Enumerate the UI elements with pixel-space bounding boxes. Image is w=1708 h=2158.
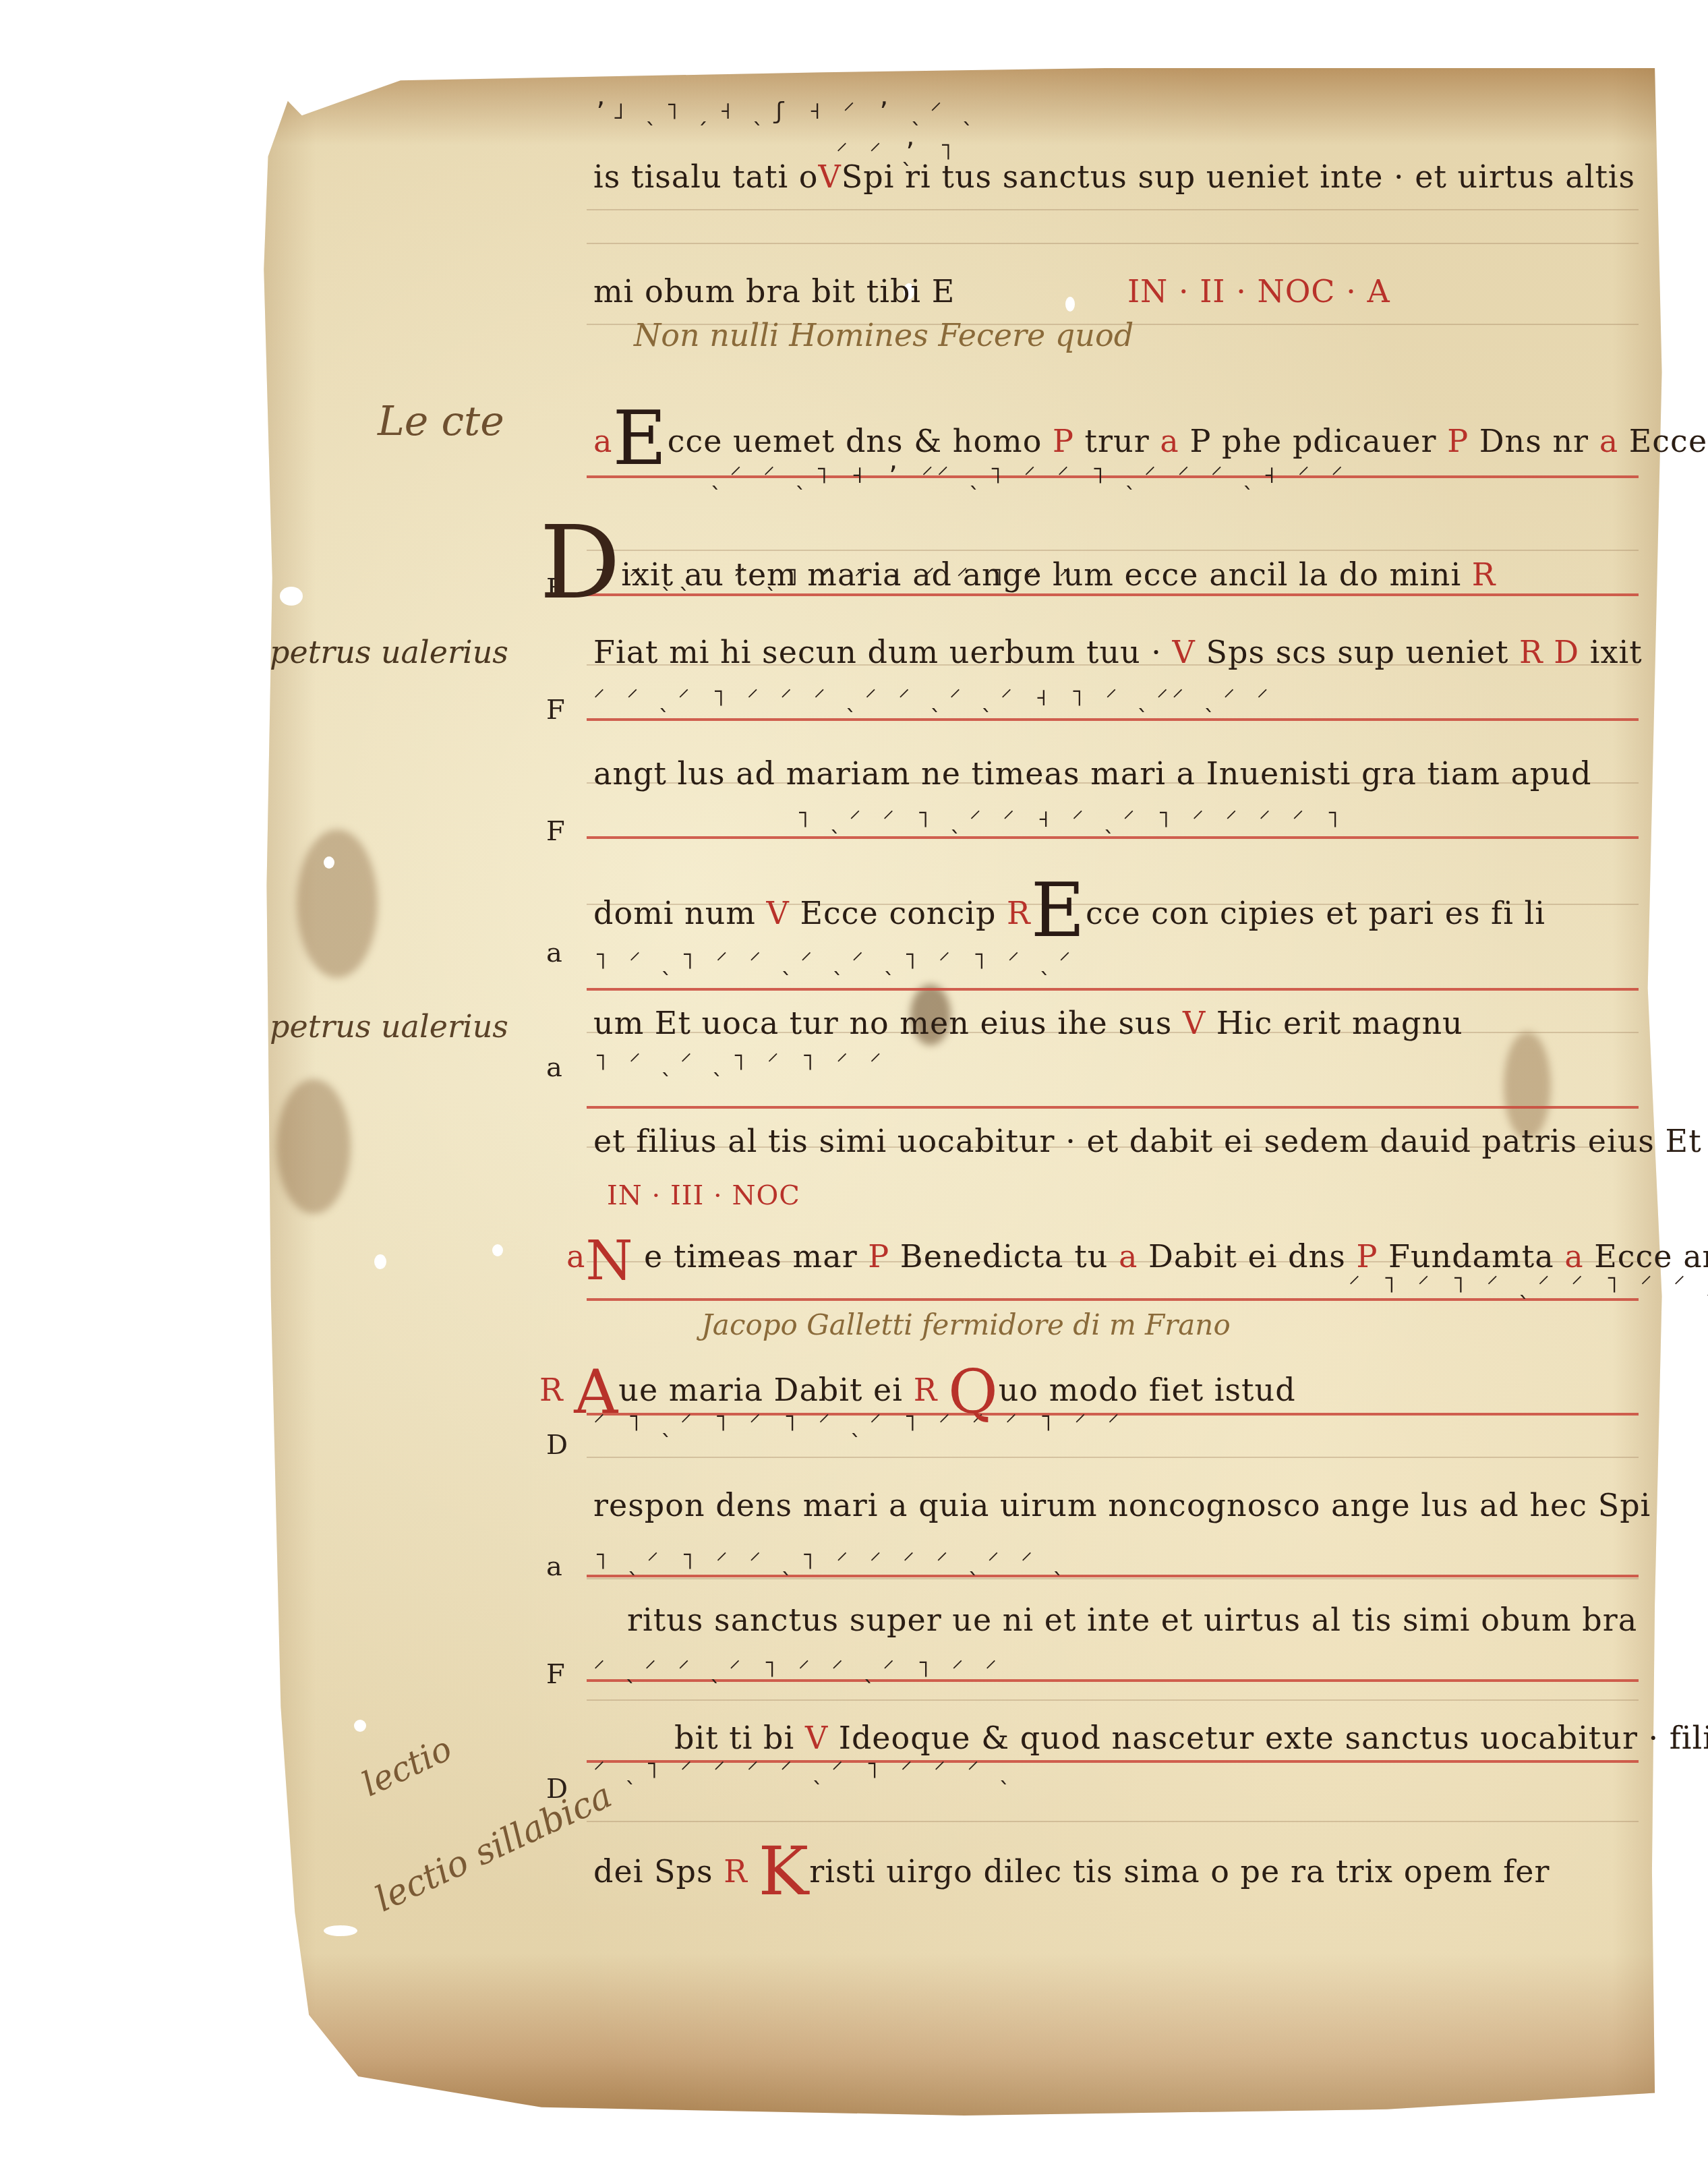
red-staff-line xyxy=(587,1106,1639,1109)
a-clef-letter: a xyxy=(546,1052,562,1083)
later-hand-name-annotation: Jacopo Galletti fermidore di m Frano xyxy=(701,1308,1231,1341)
d-clef-letter: D xyxy=(546,1430,568,1461)
chant-text-line-8: domi num V Ecce concip REcce con cipies … xyxy=(593,873,1545,947)
ruled-line xyxy=(587,1821,1639,1822)
a-clef-letter: a xyxy=(546,937,562,968)
f-clef: F xyxy=(546,816,565,847)
chant-text-line-12: aN e timeas mar P Benedicta tu a Dabit e… xyxy=(566,1234,1708,1288)
worm-hole xyxy=(280,587,303,606)
chant-text-line-15: respon dens mari a quia uirum noncognosc… xyxy=(593,1487,1651,1523)
neume-row: ˥ ̖ ⸍ ˥ ⸍ ⸍ ̖ ˥ ⸍ ⸍ ⸍ ⸍ ̖ ⸍ ⸍ ̖ xyxy=(593,1544,1054,1575)
neume-row: ⸍ ⸍ ̖ ⸍ ˥ ⸍ ⸍ ⸍ ̖ ⸍ ⸍ ̖ ⸍ ̖ ⸍ ˧ ˥ ⸍ ̖ ⸍⸍… xyxy=(593,681,1272,712)
red-initial-n: N xyxy=(585,1229,633,1292)
chant-text-line-10: et filius al tis simi uocabitur · et dab… xyxy=(593,1123,1702,1159)
chant-text-line-14: R Aue maria Dabit ei R Quo modo fiet ist… xyxy=(539,1362,1296,1423)
nocturn-rubric-3: IN · III · NOC xyxy=(607,1180,800,1211)
chant-text-line-2: mi obum bra bit tibi E IN · II · NOC · A xyxy=(593,273,1390,310)
red-initial-k: K xyxy=(758,1832,809,1911)
later-hand-annotation: Non nulli Homines Fecere quod xyxy=(634,317,1133,353)
neume-row: ˥ ⸍ ̖ ⸍ ̖ ˥ ⸍ ˥ ⸍ ⸍ xyxy=(593,1045,885,1076)
margin-note-petrus-valerius: petrus ualerius xyxy=(270,634,508,670)
worm-hole xyxy=(354,1720,366,1732)
f-clef: F xyxy=(546,695,565,726)
neume-row: ˥ ̖ ⸍ ⸍ ˥ ̖ ⸍ ⸍ ˧ ⸍ ̖ ⸍ ˥ ⸍ ⸍ ⸍ ⸍ ˥ xyxy=(796,803,1343,834)
margin-note-petrus-valerius: petrus ualerius xyxy=(270,1008,508,1045)
neume-row: ⸍ ̖ ⸍ ⸍ ̖ ⸍ ˥ ⸍ ⸍ ̖ ⸍ ˥ ⸍ ⸍ xyxy=(593,1652,1001,1683)
nocturn-rubric: IN · II · NOC · A xyxy=(1127,273,1390,310)
chant-text-line-16: ritus sanctus super ue ni et inte et uir… xyxy=(627,1602,1637,1638)
ruled-line xyxy=(587,1457,1639,1458)
chant-text-line-1: is tisalu tati oVSpi ri tus sanctus sup … xyxy=(593,158,1635,195)
water-stain xyxy=(276,1079,351,1214)
red-initial-a: A xyxy=(574,1357,618,1428)
water-stain xyxy=(297,829,378,978)
verse-rubric: V xyxy=(819,158,842,195)
parchment-leaf xyxy=(260,64,1669,2118)
red-staff-line xyxy=(587,718,1639,721)
neume-row: ʼ˩ ̖ ˥ ̗ ˧ ̖ ʃ ˧ ⸍ ʼ ̖ ⸍ ̖ xyxy=(593,94,964,125)
neume-row: ˥ ⸍ ̖ ˥ ⸍ ⸍ ̖ ⸍ ̖ ⸍ ̖ ˥ ⸍ ˥ ⸍ ̖ ⸍ xyxy=(593,944,1074,975)
ruled-line xyxy=(587,209,1639,210)
decorated-initial-d: D xyxy=(539,504,621,622)
neume-row: ⸍ ̖ ˥ ⸍ ⸍ ⸍ ⸍ ̖ ⸍ ˥ ⸍ ⸍ ⸍ ̖ xyxy=(593,1753,1001,1784)
worm-hole xyxy=(324,856,334,869)
red-staff-line xyxy=(587,836,1639,839)
red-staff-line xyxy=(587,988,1639,991)
f-clef: F xyxy=(546,1659,565,1690)
worm-hole xyxy=(374,1254,386,1269)
chant-text-line-7: angt lus ad mariam ne timeas mari a Inue… xyxy=(593,755,1591,792)
ruled-line xyxy=(587,1699,1639,1701)
chant-text-line-18: dei Sps R Kristi uirgo dilec tis sima o … xyxy=(593,1838,1550,1905)
red-initial-q: Q xyxy=(948,1357,999,1428)
ruled-line xyxy=(587,1578,1639,1579)
margin-note-lecte: Le cte xyxy=(378,398,504,445)
a-clef-letter: a xyxy=(546,1551,562,1582)
worm-hole xyxy=(324,1925,357,1936)
decorated-initial: E xyxy=(612,395,667,482)
chant-text-line-4: aEcce uemet dns & homo P trur a P phe pd… xyxy=(593,401,1708,475)
worm-hole xyxy=(492,1244,503,1256)
decorated-initial-e: E xyxy=(1031,867,1086,954)
chant-text-line-9: um Et uoca tur no men eius ihe sus V Hic… xyxy=(593,1005,1463,1041)
chant-text-line-5: Dixit au tem maria ad ange lum ecce anci… xyxy=(539,513,1496,614)
chant-text-line-17: bit ti bi V Ideoque & quod nascetur exte… xyxy=(674,1720,1708,1756)
chant-text-line-6: Fiat mi hi secun dum uerbum tuu · V Sps … xyxy=(593,634,1643,670)
ruled-line xyxy=(587,243,1639,244)
